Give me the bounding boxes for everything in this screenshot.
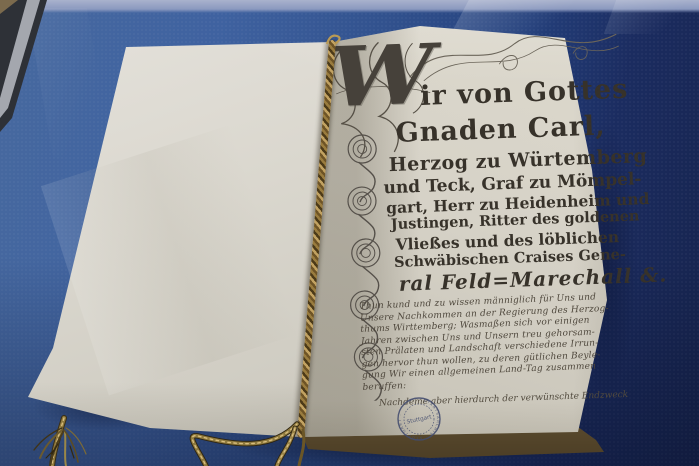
display-case-photo: W ir von Gottes Gnaden Carl, Herzog zu W… [0,0,699,466]
tassel [34,418,86,466]
binding-cord-ends [0,0,699,466]
